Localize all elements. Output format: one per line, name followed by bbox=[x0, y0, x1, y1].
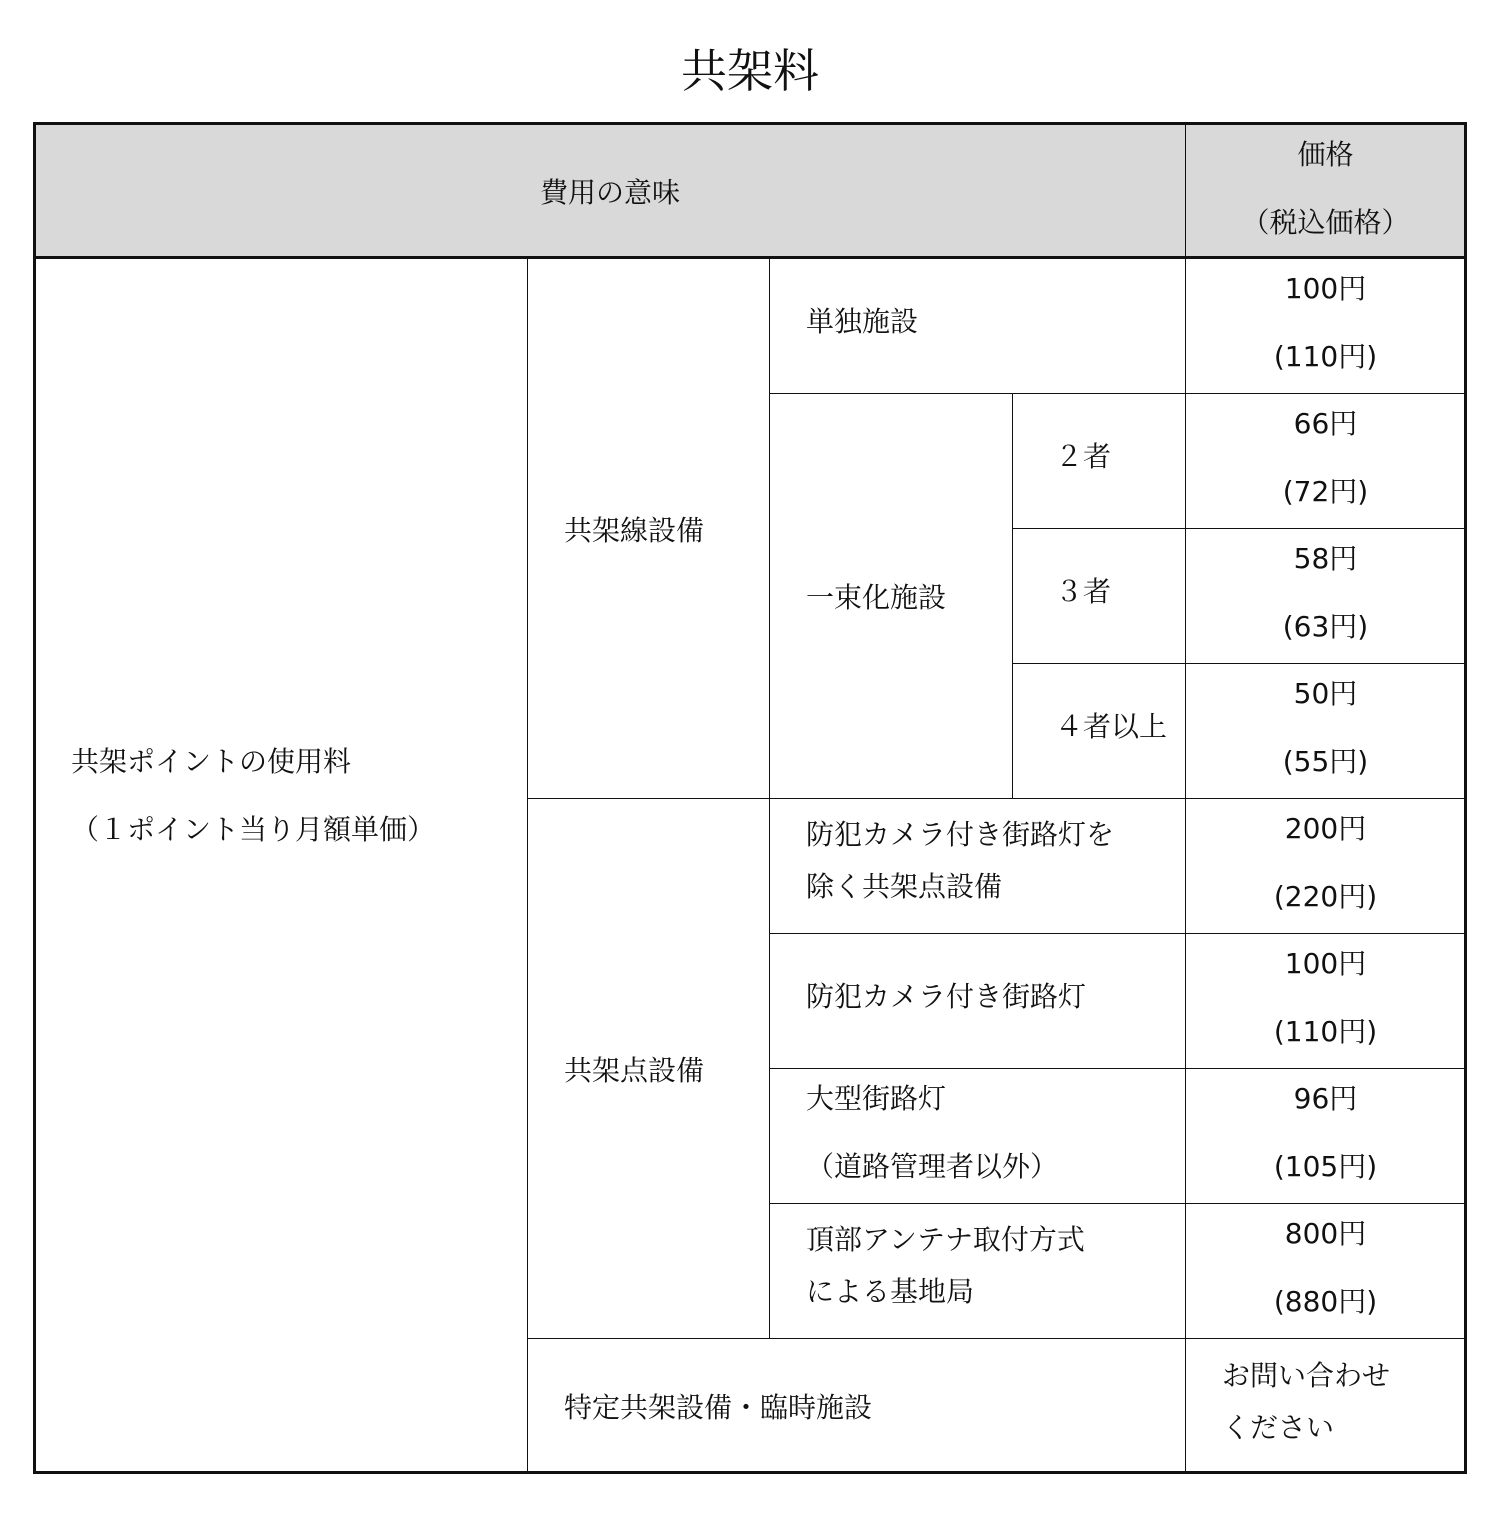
price-cell: 100円 (110円) bbox=[1185, 258, 1466, 394]
special-price-line1: お問い合わせ bbox=[1222, 1359, 1390, 1393]
row-label-line2: 除く共架点設備 bbox=[806, 870, 1002, 904]
price-cell: 100円 (110円) bbox=[1185, 933, 1466, 1069]
row-label-camera-lights: 防犯カメラ付き街路灯 bbox=[769, 933, 1186, 1069]
header-price-sublabel: （税込価格） bbox=[1186, 206, 1465, 240]
price-cell: 50円 (55円) bbox=[1185, 663, 1466, 799]
price-value: 100円 bbox=[1186, 272, 1465, 306]
row-label-line2: による基地局 bbox=[806, 1275, 974, 1309]
price-tax-value: (880円) bbox=[1186, 1285, 1465, 1319]
price-tax-value: (55円) bbox=[1186, 745, 1465, 779]
header-price-label: 価格 bbox=[1186, 138, 1465, 172]
price-tax-value: (220円) bbox=[1186, 880, 1465, 914]
price-cell: 200円 (220円) bbox=[1185, 798, 1466, 934]
row-label-line1: 頂部アンテナ取付方式 bbox=[806, 1223, 1085, 1257]
price-cell: 66円 (72円) bbox=[1185, 393, 1466, 529]
price-tax-value: (63円) bbox=[1186, 610, 1465, 644]
row-label: 防犯カメラ付き街路灯 bbox=[806, 980, 1086, 1014]
category-label: 共架ポイントの使用料 bbox=[71, 745, 351, 779]
group-bundled: 一束化施設 bbox=[769, 393, 1013, 799]
header-meaning-label: 費用の意味 bbox=[540, 171, 680, 211]
row-label-line2: （道路管理者以外） bbox=[806, 1150, 1058, 1184]
header-meaning-cell: 費用の意味 bbox=[34, 123, 1186, 259]
row-label-3-parties: ３者 bbox=[1012, 528, 1186, 664]
group-point-equipment-label: 共架点設備 bbox=[564, 1049, 704, 1089]
row-label-line1: 大型街路灯 bbox=[806, 1082, 946, 1116]
price-tax-value: (105円) bbox=[1186, 1150, 1465, 1184]
row-label-excluding-camera-lights: 防犯カメラ付き街路灯を 除く共架点設備 bbox=[769, 798, 1186, 934]
row-label: 単独施設 bbox=[806, 305, 918, 339]
special-price-line2: ください bbox=[1222, 1411, 1334, 1445]
row-label: ２者 bbox=[1055, 440, 1111, 474]
price-tax-value: (72円) bbox=[1186, 475, 1465, 509]
price-cell: 800円 (880円) bbox=[1185, 1203, 1466, 1339]
row-label: ４者以上 bbox=[1055, 710, 1167, 744]
price-tax-value: (110円) bbox=[1186, 340, 1465, 374]
price-value: 100円 bbox=[1186, 947, 1465, 981]
category-cell: 共架ポイントの使用料 （１ポイント当り月額単価） bbox=[34, 258, 528, 1474]
row-label-antenna-base-station: 頂部アンテナ取付方式 による基地局 bbox=[769, 1203, 1186, 1339]
group-line-equipment-label: 共架線設備 bbox=[564, 509, 704, 549]
row-label-large-street-lights: 大型街路灯 （道路管理者以外） bbox=[769, 1068, 1186, 1204]
price-cell: 58円 (63円) bbox=[1185, 528, 1466, 664]
price-cell: 96円 (105円) bbox=[1185, 1068, 1466, 1204]
row-label-standalone: 単独施設 bbox=[769, 258, 1186, 394]
price-value: 50円 bbox=[1186, 677, 1465, 711]
price-value: 58円 bbox=[1186, 542, 1465, 576]
price-value: 800円 bbox=[1186, 1217, 1465, 1251]
header-divider bbox=[33, 256, 1467, 259]
price-value: 96円 bbox=[1186, 1082, 1465, 1116]
group-point-equipment: 共架点設備 bbox=[527, 798, 770, 1339]
row-label-line1: 防犯カメラ付き街路灯を bbox=[806, 818, 1114, 852]
page-title: 共架料 bbox=[0, 38, 1500, 104]
row-label-4-plus-parties: ４者以上 bbox=[1012, 663, 1186, 799]
price-value: 200円 bbox=[1186, 812, 1465, 846]
special-label: 特定共架設備・臨時施設 bbox=[564, 1386, 872, 1426]
group-bundled-label: 一束化施設 bbox=[806, 576, 946, 616]
price-cell-special: お問い合わせ ください bbox=[1185, 1338, 1466, 1474]
header-price-cell: 価格 （税込価格） bbox=[1185, 123, 1466, 259]
row-label-special: 特定共架設備・臨時施設 bbox=[527, 1338, 1186, 1474]
category-sublabel: （１ポイント当り月額単価） bbox=[71, 813, 435, 847]
row-label: ３者 bbox=[1055, 575, 1111, 609]
price-tax-value: (110円) bbox=[1186, 1015, 1465, 1049]
price-value: 66円 bbox=[1186, 407, 1465, 441]
row-label-2-parties: ２者 bbox=[1012, 393, 1186, 529]
group-line-equipment: 共架線設備 bbox=[527, 258, 770, 799]
